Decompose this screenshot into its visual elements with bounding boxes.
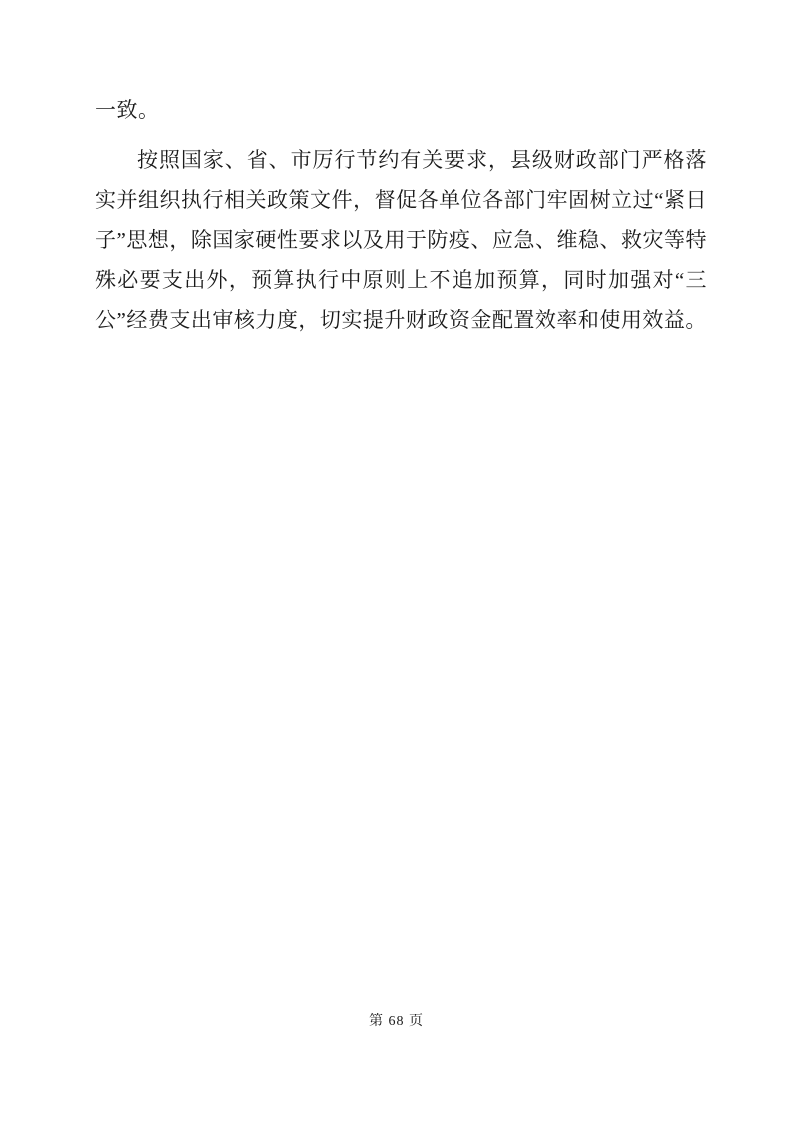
paragraph-body: 按照国家、省、市厉行节约有关要求，县级财政部门严格落实并组织执行相关政策文件，督… [95,140,707,340]
paragraph-continuation: 一致。 [95,90,707,130]
document-page: 一致。 按照国家、省、市厉行节约有关要求，县级财政部门严格落实并组织执行相关政策… [0,0,793,1122]
document-body: 一致。 按照国家、省、市厉行节约有关要求，县级财政部门严格落实并组织执行相关政策… [95,90,707,340]
page-number: 第 68 页 [0,1010,793,1030]
